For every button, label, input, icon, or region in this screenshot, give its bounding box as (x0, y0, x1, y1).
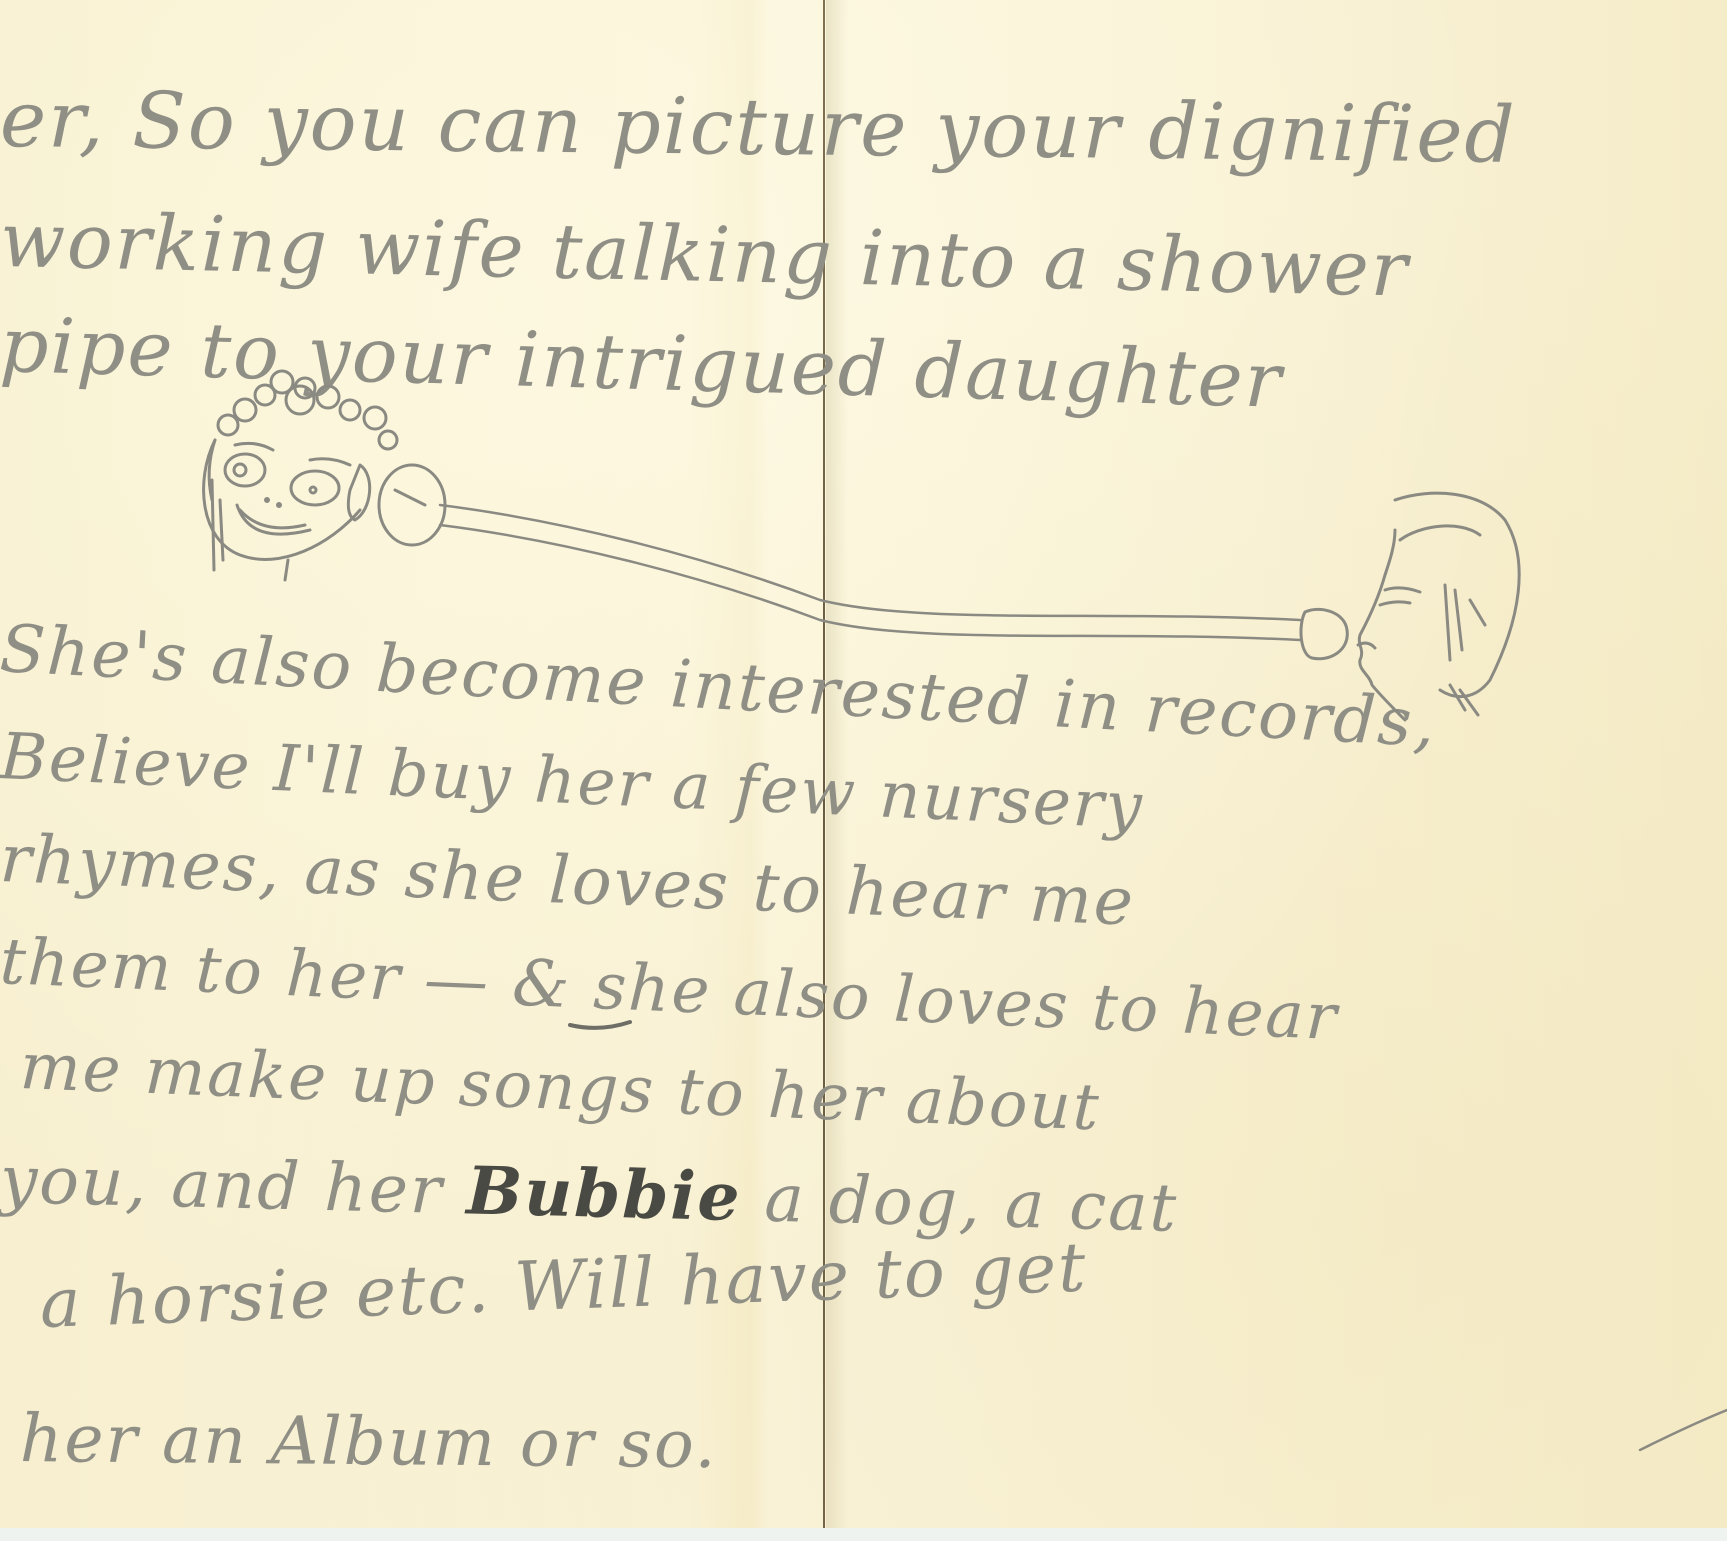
child-face-sketch (204, 371, 445, 580)
woman-profile-sketch (1301, 493, 1519, 720)
shower-pipe-illustration (0, 0, 1727, 1528)
shower-pipe-sketch (440, 505, 1300, 640)
letter-page: er, So you can picture your dignified wo… (0, 0, 1727, 1528)
dash-stroke (570, 1022, 630, 1028)
scan-bottom-edge (0, 1528, 1727, 1541)
flourish-stroke (1640, 1410, 1727, 1450)
